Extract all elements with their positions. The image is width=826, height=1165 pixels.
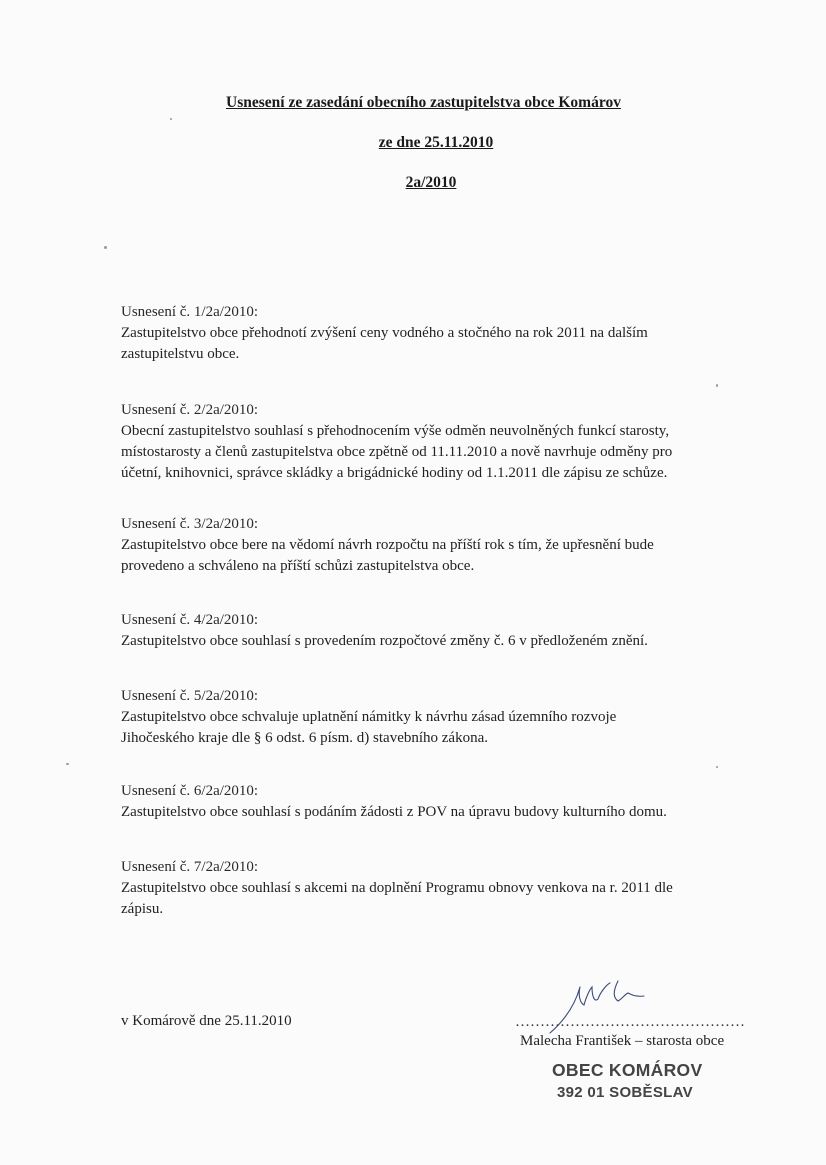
resolution-text-line: účetní, knihovnici, správce skládky a br… (121, 463, 741, 484)
resolution-heading: Usnesení č. 1/2a/2010: (121, 302, 741, 323)
resolution-heading: Usnesení č. 4/2a/2010: (121, 610, 741, 631)
signature-line: …………………………………………… (515, 1014, 745, 1031)
resolution-heading: Usnesení č. 5/2a/2010: (121, 686, 741, 707)
resolution-1: Usnesení č. 1/2a/2010: Zastupitelstvo ob… (121, 302, 741, 365)
resolution-heading: Usnesení č. 2/2a/2010: (121, 400, 741, 421)
resolution-text-line: Zastupitelstvo obce bere na vědomí návrh… (121, 535, 741, 556)
resolution-text-line: Zastupitelstvo obce souhlasí s akcemi na… (121, 878, 741, 899)
resolution-text-line: Zastupitelstvo obce souhlasí s provedení… (121, 631, 741, 652)
stamp-name: OBEC KOMÁROV (552, 1060, 702, 1081)
signatory-name: Malecha František – starosta obce (520, 1033, 724, 1050)
scan-speck (104, 246, 107, 249)
resolution-text-line: Jihočeského kraje dle § 6 odst. 6 písm. … (121, 728, 741, 749)
resolution-2: Usnesení č. 2/2a/2010: Obecní zastupitel… (121, 400, 741, 484)
resolution-heading: Usnesení č. 3/2a/2010: (121, 514, 741, 535)
resolution-3: Usnesení č. 3/2a/2010: Zastupitelstvo ob… (121, 514, 741, 577)
document-date: ze dne 25.11.2010 (0, 134, 826, 152)
resolution-4: Usnesení č. 4/2a/2010: Zastupitelstvo ob… (121, 610, 741, 652)
scan-speck (170, 118, 172, 120)
resolution-text-line: Zastupitelstvo obce přehodnotí zvýšení c… (121, 323, 741, 344)
resolution-text-line: Obecní zastupitelstvo souhlasí s přehodn… (121, 421, 741, 442)
resolution-text-line: zápisu. (121, 899, 741, 920)
place-and-date: v Komárově dne 25.11.2010 (121, 1013, 292, 1030)
resolution-6: Usnesení č. 6/2a/2010: Zastupitelstvo ob… (121, 781, 741, 823)
document-title: Usnesení ze zasedání obecního zastupitel… (226, 94, 621, 112)
resolution-5: Usnesení č. 5/2a/2010: Zastupitelstvo ob… (121, 686, 741, 749)
resolution-heading: Usnesení č. 7/2a/2010: (121, 857, 741, 878)
resolution-text-line: zastupitelstvu obce. (121, 344, 741, 365)
document-number: 2a/2010 (0, 174, 826, 192)
scan-speck (716, 384, 718, 387)
scan-speck (66, 763, 69, 765)
resolution-text-line: Zastupitelstvo obce schvaluje uplatnění … (121, 707, 741, 728)
resolution-text-line: Zastupitelstvo obce souhlasí s podáním ž… (121, 802, 741, 823)
resolution-heading: Usnesení č. 6/2a/2010: (121, 781, 741, 802)
resolution-7: Usnesení č. 7/2a/2010: Zastupitelstvo ob… (121, 857, 741, 920)
document-page: Usnesení ze zasedání obecního zastupitel… (0, 0, 826, 1165)
resolution-text-line: provedeno a schváleno na příští schůzi z… (121, 556, 741, 577)
resolution-text-line: místostarosty a členů zastupitelstva obc… (121, 442, 741, 463)
stamp-address: 392 01 SOBĚSLAV (557, 1084, 693, 1101)
scan-speck (716, 766, 718, 768)
